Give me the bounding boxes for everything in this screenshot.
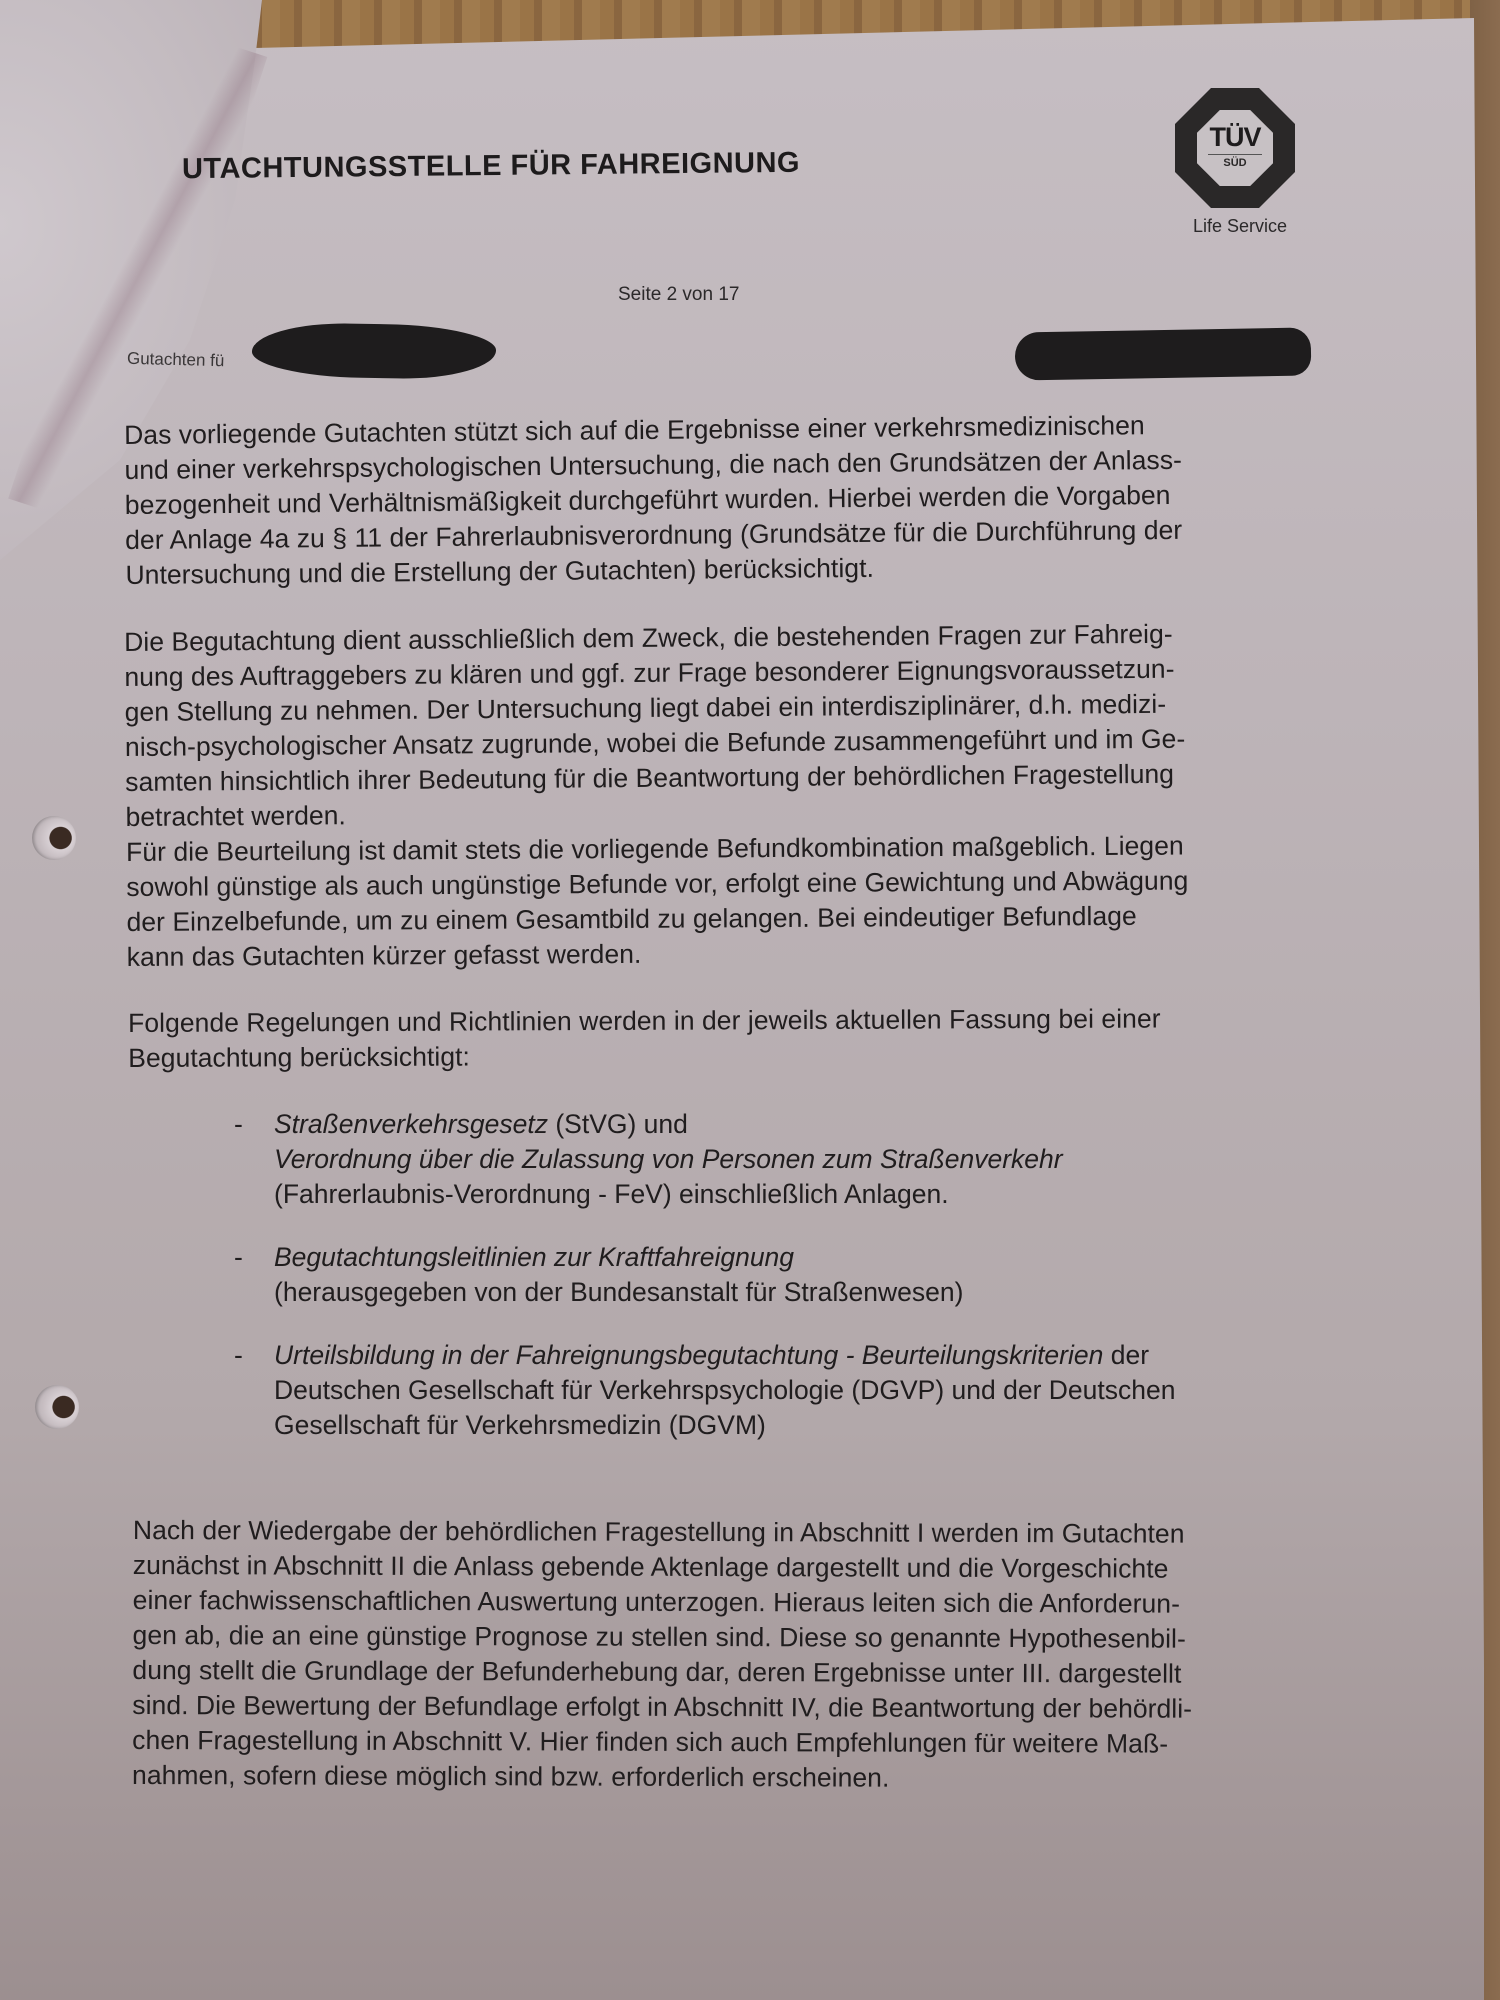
paragraph-structure: Nach der Wiedergabe der behördlichen Fra… bbox=[132, 1513, 1193, 1797]
punch-hole-icon bbox=[35, 1385, 79, 1429]
text-line: Folgende Regelungen und Richtlinien werd… bbox=[128, 1001, 1161, 1041]
text-line: gen ab, die an eine günstige Prognose zu… bbox=[133, 1618, 1193, 1657]
logo-brand: TÜV bbox=[1197, 124, 1273, 151]
text-line: Nach der Wiedergabe der behördlichen Fra… bbox=[133, 1513, 1193, 1552]
paragraph-regulations-intro: Folgende Regelungen und Richtlinien werd… bbox=[128, 1001, 1161, 1076]
plain-text: Deutschen Gesellschaft für Verkehrspsych… bbox=[274, 1375, 1175, 1405]
italic-title: Begutachtungsleitlinien zur Kraftfahreig… bbox=[274, 1242, 794, 1272]
plain-text: (herausgegeben von der Bundesanstalt für… bbox=[274, 1277, 963, 1307]
text-line: kann das Gutachten kürzer gefasst werden… bbox=[127, 934, 1189, 975]
text-line: nahmen, sofern diese möglich sind bzw. e… bbox=[132, 1758, 1192, 1797]
text-line: Deutschen Gesellschaft für Verkehrspsych… bbox=[274, 1373, 1175, 1408]
text-line: Gesellschaft für Verkehrsmedizin (DGVM) bbox=[274, 1408, 1175, 1443]
italic-title: Verordnung über die Zulassung von Person… bbox=[274, 1144, 1063, 1174]
text-line: (Fahrerlaubnis-Verordnung - FeV) einschl… bbox=[274, 1177, 1175, 1212]
logo-inner: TÜV SÜD bbox=[1197, 110, 1273, 186]
regulations-list: - Straßenverkehrsgesetz (StVG) und Veror… bbox=[234, 1107, 1175, 1471]
logo-sub: SÜD bbox=[1197, 157, 1273, 169]
text-line: Begutachtung berücksichtigt: bbox=[128, 1036, 1161, 1076]
paragraph-basis: Das vorliegende Gutachten stützt sich au… bbox=[124, 408, 1183, 593]
redacted-identifier bbox=[1015, 327, 1312, 380]
text-line: Straßenverkehrsgesetz (StVG) und bbox=[274, 1107, 1175, 1142]
list-dash: - bbox=[234, 1240, 243, 1275]
text-line: zunächst in Abschnitt II die Anlass gebe… bbox=[133, 1548, 1193, 1587]
list-item: - Straßenverkehrsgesetz (StVG) und Veror… bbox=[234, 1107, 1175, 1212]
list-item: - Begutachtungsleitlinien zur Kraftfahre… bbox=[234, 1240, 1175, 1310]
list-dash: - bbox=[234, 1107, 243, 1142]
tuv-sud-logo-icon: TÜV SÜD bbox=[1175, 88, 1295, 208]
punch-hole-icon bbox=[32, 816, 76, 860]
list-item: - Urteilsbildung in der Fahreignungsbegu… bbox=[234, 1338, 1175, 1443]
paragraph-purpose: Die Begutachtung dient ausschließlich de… bbox=[124, 617, 1186, 835]
paragraph-assessment: Für die Beurteilung ist damit stets die … bbox=[126, 829, 1189, 975]
text-line: dung stellt die Grundlage der Befunderhe… bbox=[132, 1653, 1192, 1692]
italic-title: Urteilsbildung in der Fahreignungsbeguta… bbox=[274, 1340, 1103, 1370]
plain-text: der bbox=[1103, 1340, 1149, 1370]
logo-caption: Life Service bbox=[1180, 216, 1300, 237]
text-line: sind. Die Bewertung der Befundlage erfol… bbox=[132, 1688, 1192, 1727]
text-line: Urteilsbildung in der Fahreignungsbeguta… bbox=[274, 1338, 1175, 1373]
list-dash: - bbox=[234, 1338, 243, 1373]
text-line: (herausgegeben von der Bundesanstalt für… bbox=[274, 1275, 1175, 1310]
text-line: Verordnung über die Zulassung von Person… bbox=[274, 1142, 1175, 1177]
text-line: einer fachwissenschaftlichen Auswertung … bbox=[133, 1583, 1193, 1622]
plain-text: (Fahrerlaubnis-Verordnung - FeV) einschl… bbox=[274, 1179, 949, 1209]
text-line: der Einzelbefunde, um zu einem Gesamtbil… bbox=[126, 899, 1188, 940]
logo-divider bbox=[1208, 154, 1262, 155]
plain-text: (StVG) und bbox=[548, 1109, 688, 1139]
text-line: Begutachtungsleitlinien zur Kraftfahreig… bbox=[274, 1240, 1175, 1275]
italic-title: Straßenverkehrsgesetz bbox=[274, 1109, 548, 1139]
text-line: chen Fragestellung in Abschnitt V. Hier … bbox=[132, 1723, 1192, 1762]
page-indicator: Seite 2 von 17 bbox=[618, 284, 739, 306]
report-for-label: Gutachten fü bbox=[127, 349, 225, 372]
plain-text: Gesellschaft für Verkehrsmedizin (DGVM) bbox=[274, 1410, 766, 1440]
document-header-title: UTACHTUNGSSTELLE FÜR FAHREIGNUNG bbox=[182, 147, 800, 186]
